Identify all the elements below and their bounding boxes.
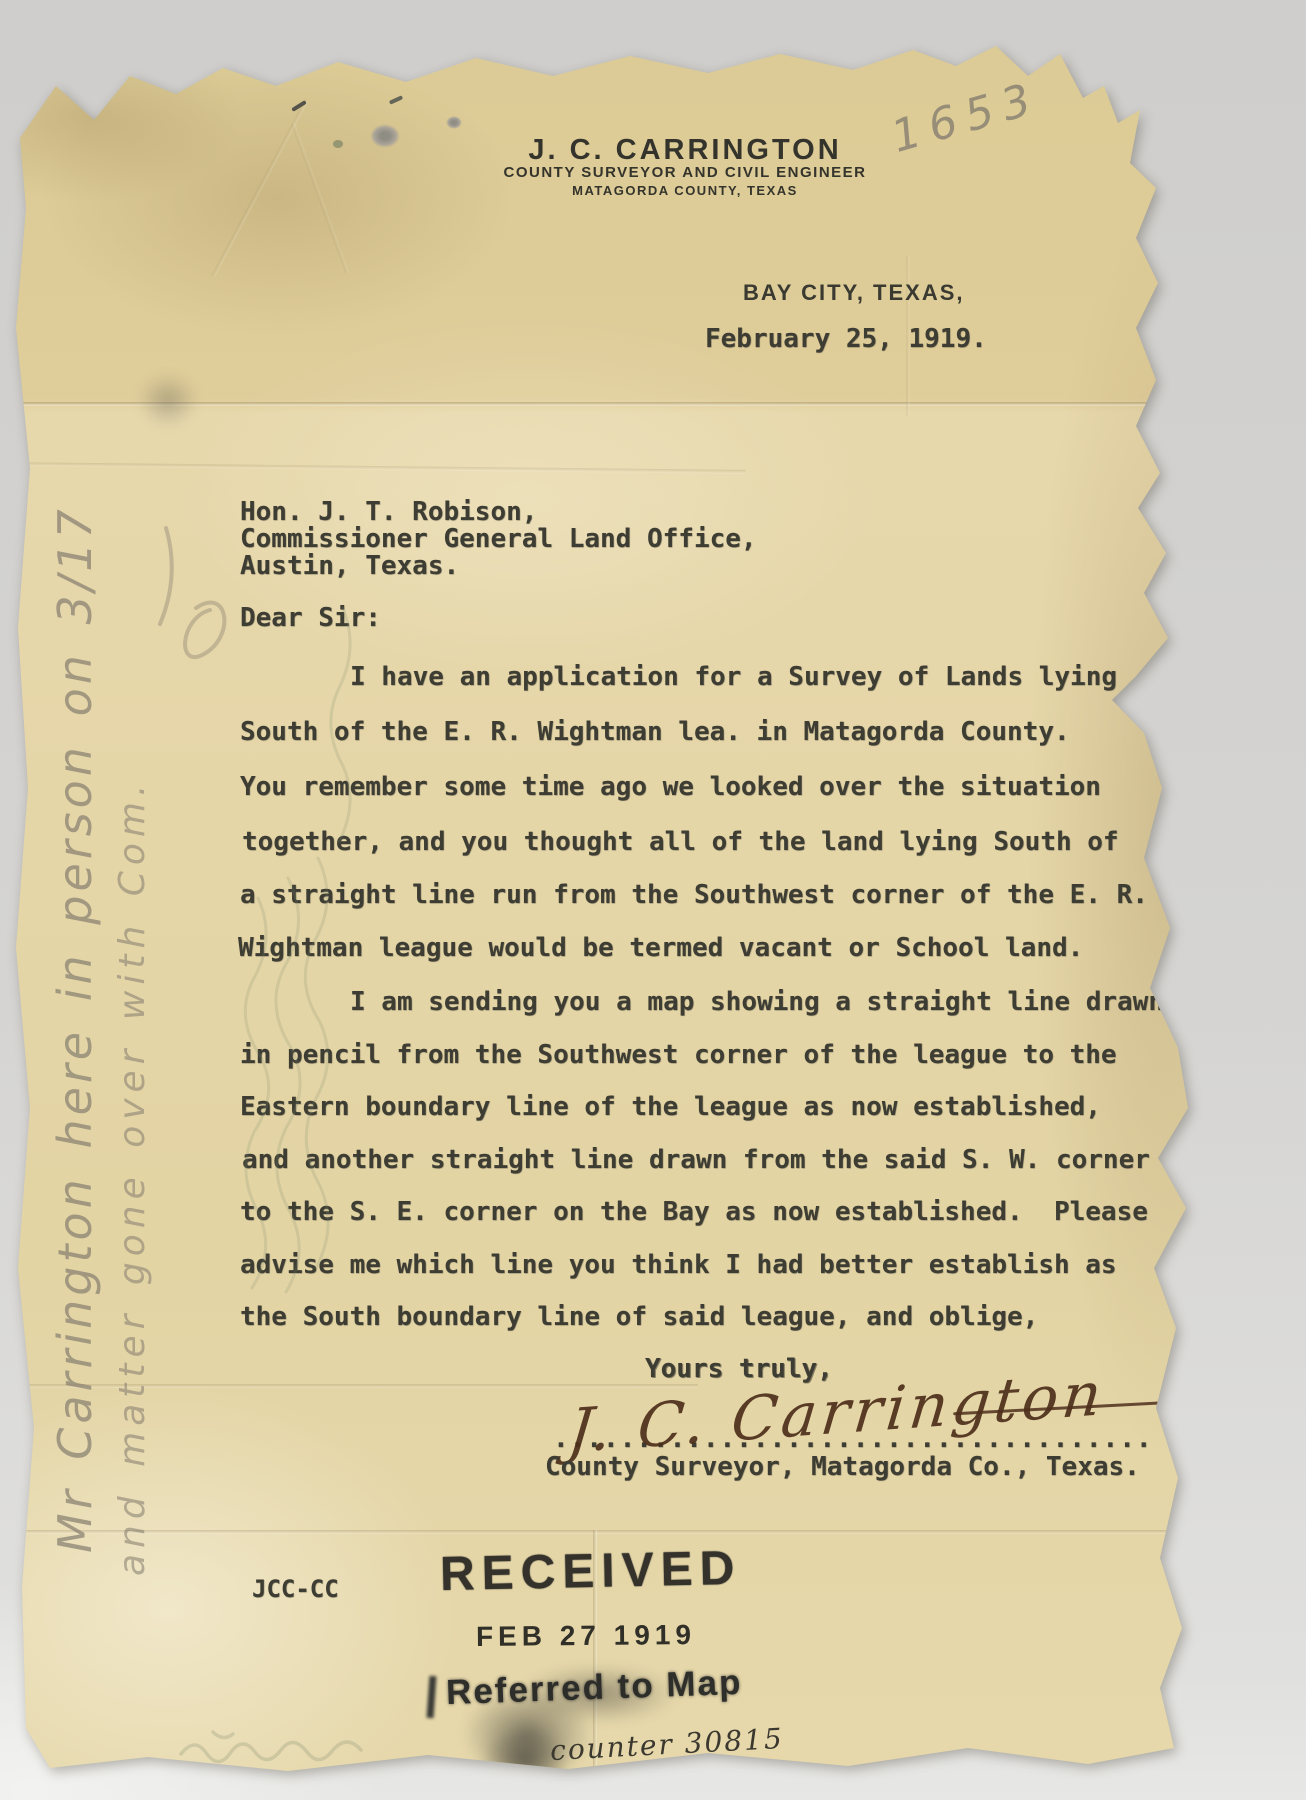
body-line: to the S. E. corner on the Bay as now es…: [240, 1197, 1148, 1227]
paper-hole: [446, 116, 462, 129]
pencil-check-mark: [389, 95, 403, 105]
dateline-place: BAY CITY, TEXAS,: [743, 280, 965, 306]
crease-under-fold: [8, 462, 746, 474]
showthrough-marks-bottom: [173, 1714, 393, 1784]
body-line: I have an application for a Survey of La…: [350, 662, 1117, 692]
margin-note-line-1: Mr Carrington here in person on 3/17: [48, 505, 102, 1553]
body-line: the South boundary line of said league, …: [240, 1302, 1038, 1332]
body-line: in pencil from the Southwest corner of t…: [240, 1040, 1117, 1070]
body-line: and another straight line drawn from the…: [242, 1145, 1150, 1175]
letterhead-location: MATAGORDA COUNTY, TEXAS: [365, 183, 1005, 198]
body-line: South of the E. R. Wightman lea. in Mata…: [240, 717, 1070, 747]
body-line: a straight line run from the Southwest c…: [240, 880, 1148, 910]
body-line: Wightman league would be termed vacant o…: [238, 933, 1083, 963]
received-date-stamp: FEB 27 1919: [476, 1619, 696, 1653]
body-line: advise me which line you think I had bet…: [240, 1250, 1117, 1280]
body-line: I am sending you a map showing a straigh…: [350, 987, 1164, 1017]
signer-title: County Surveyor, Matagorda Co., Texas.: [545, 1452, 1140, 1482]
scanned-letter: J. C. CARRINGTON COUNTY SURVEYOR AND CIV…: [0, 0, 1306, 1800]
body-line: Eastern boundary line of the league as n…: [240, 1092, 1101, 1122]
letter-paper: J. C. CARRINGTON COUNTY SURVEYOR AND CIV…: [8, 28, 1198, 1778]
letterhead-title: COUNTY SURVEYOR AND CIVIL ENGINEER: [365, 164, 1005, 181]
dateline-date: February 25, 1919.: [705, 324, 987, 354]
showthrough-marks: [138, 278, 358, 1538]
received-stamp: RECEIVED: [439, 1541, 741, 1602]
body-line: together, and you thought all of the lan…: [242, 827, 1119, 857]
green-ink-speck: [333, 140, 343, 148]
typist-initials: JCC-CC: [252, 1575, 339, 1603]
stamp-bracket-mark: [427, 1676, 437, 1718]
body-line: You remember some time ago we looked ove…: [240, 772, 1101, 802]
